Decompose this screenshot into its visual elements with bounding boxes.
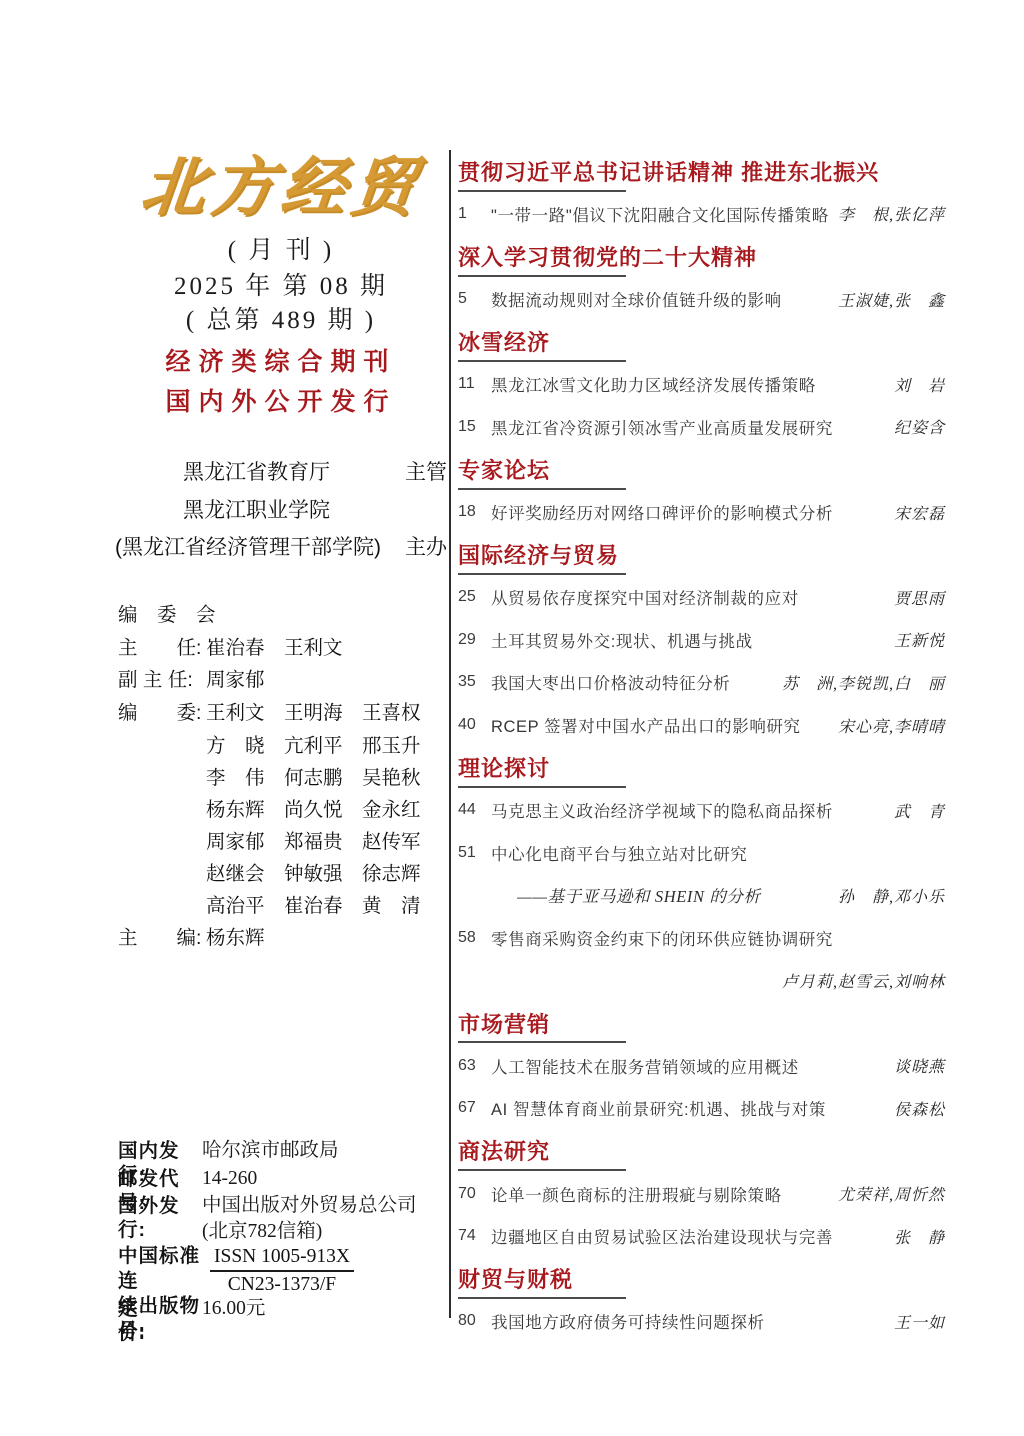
article-title: RCEP 签署对中国水产品出口的影响研究 [491, 713, 838, 737]
page-number: 1 [458, 205, 491, 223]
article-title: 论单一颜色商标的注册瑕疵与剔除策略 [491, 1182, 838, 1206]
article-subtitle: ——基于亚马逊和 SHEIN 的分析 [517, 883, 838, 907]
toc-article-row: 70 论单一颜色商标的注册瑕疵与剔除策略 尤荣祥,周忻然 [458, 1172, 945, 1215]
chief-label: 主 编: [118, 926, 206, 950]
article-title: 我国大枣出口价格波动特征分析 [491, 670, 782, 694]
pub-label [118, 1220, 202, 1244]
article-authors: 尤荣祥,周忻然 [838, 1182, 945, 1205]
toc-article-row: 40 RCEP 签署对中国水产品出口的影响研究 宋心亮,李晴晴 [458, 704, 945, 747]
deputy-names: 周家郁 [206, 668, 265, 692]
article-title: AI 智慧体育商业前景研究:机遇、挑战与对策 [491, 1096, 894, 1120]
article-title: 黑龙江冰雪文化助力区域经济发展传播策略 [491, 372, 894, 396]
page-number: 40 [458, 716, 491, 734]
article-title: 土耳其贸易外交:现状、机遇与挑战 [491, 628, 894, 652]
toc-article-row: 5 数据流动规则对全球价值链升级的影响 王淑婕,张 鑫 [458, 278, 945, 321]
tagline-1: 经济类综合期刊 [115, 347, 447, 377]
section-title: 财贸与财税 [458, 1263, 573, 1294]
page-number: 5 [458, 290, 491, 308]
organizer-row-1: 黑龙江职业学院 [115, 498, 447, 524]
toc-article-row: 80 我国地方政府债务可持续性问题探析 王一如 [458, 1300, 945, 1343]
journal-cover-page: 北方经贸 ( 月 刊 ) 2025 年 第 08 期 ( 总第 489 期 ) … [0, 0, 1024, 1436]
price-label: 定 价: [118, 1297, 202, 1345]
toc-article-row: 1 "一带一路"倡议下沈阳融合文化国际传播策略 李 根,张亿萍 [458, 193, 945, 236]
section-title: 商法研究 [458, 1135, 550, 1166]
page-number: 25 [458, 588, 491, 606]
toc-article-row: 18 好评奖励经历对网络口碑评价的影响模式分析 宋宏磊 [458, 491, 945, 534]
page-number: 58 [458, 929, 491, 947]
toc-article-row: 51 中心化电商平台与独立站对比研究 [458, 832, 945, 875]
member-names-row: 高治平 崔治春 黄 清 [206, 894, 421, 918]
page-number: 29 [458, 631, 491, 649]
section-underline [458, 488, 626, 490]
frequency-line: ( 月 刊 ) [115, 236, 447, 266]
article-authors: 武 青 [894, 799, 945, 822]
member-names-row: 李 伟 何志鹏 吴艳秋 [206, 766, 421, 790]
member-names-row: 杨东辉 尚久悦 金永红 [206, 798, 421, 822]
board-deputy-row: 副 主 任: 周家郁 [118, 668, 265, 692]
supervisor-name: 黑龙江省教育厅 [115, 460, 330, 486]
toc-section-header: 财贸与财税 [458, 1257, 945, 1300]
article-title: "一带一路"倡议下沈阳融合文化国际传播策略 [491, 202, 838, 226]
toc-article-row: 58 零售商采购资金约束下的闭环供应链协调研究 [458, 917, 945, 960]
toc-section-header: 国际经济与贸易 [458, 533, 945, 576]
board-chief-row: 主 编: 杨东辉 [118, 926, 265, 950]
board-members-row: 编 委: 王利文 王明海 王喜权 [118, 701, 421, 725]
pub-value: (北京782信箱) [202, 1220, 322, 1244]
supervisor-role: 主管 [405, 460, 447, 486]
table-of-contents: 贯彻习近平总书记讲话精神 推进东北振兴 1 "一带一路"倡议下沈阳融合文化国际传… [458, 150, 945, 1343]
director-label: 主 任: [118, 636, 206, 660]
article-title: 边疆地区自由贸易试验区法治建设现状与完善 [491, 1224, 894, 1248]
article-title: 人工智能技术在服务营销领域的应用概述 [491, 1054, 894, 1078]
page-number: 74 [458, 1227, 491, 1245]
section-underline [458, 786, 626, 788]
issn-number: ISSN 1005-913X [210, 1244, 354, 1272]
organizer-row-2: (黑龙江省经济管理干部学院) 主办 [115, 535, 447, 561]
column-divider [449, 150, 451, 1318]
toc-article-subtitle-row: ——基于亚马逊和 SHEIN 的分析 孙 静,邓小乐 [458, 874, 945, 917]
issn-label-line-1: 中国标准连 [118, 1244, 202, 1294]
page-number: 80 [458, 1312, 491, 1330]
toc-article-row: 44 马克思主义政治经济学视域下的隐私商品探析 武 青 [458, 789, 945, 832]
toc-section-header: 商法研究 [458, 1130, 945, 1173]
article-authors: 侯森松 [894, 1097, 945, 1120]
section-title: 专家论坛 [458, 454, 550, 485]
article-title: 我国地方政府债务可持续性问题探析 [491, 1309, 894, 1333]
toc-article-row: 74 边疆地区自由贸易试验区法治建设现状与完善 张 静 [458, 1215, 945, 1258]
article-authors: 刘 岩 [894, 373, 945, 396]
pub-row-pobox: (北京782信箱) [118, 1220, 322, 1244]
section-underline [458, 275, 626, 277]
issue-line: 2025 年 第 08 期 [115, 272, 447, 302]
supervisor-row: 黑龙江省教育厅 主管 [115, 460, 447, 486]
page-number: 15 [458, 418, 491, 436]
toc-section-header: 专家论坛 [458, 448, 945, 491]
toc-section-header: 理论探讨 [458, 746, 945, 789]
article-authors: 宋心亮,李晴晴 [838, 714, 945, 737]
toc-section-header: 冰雪经济 [458, 320, 945, 363]
article-title: 零售商采购资金约束下的闭环供应链协调研究 [491, 926, 945, 950]
section-title: 贯彻习近平总书记讲话精神 推进东北振兴 [458, 156, 879, 187]
member-names-row: 周家郁 郑福贵 赵传军 [206, 830, 421, 854]
article-authors: 王新悦 [894, 628, 945, 651]
article-authors: 王淑婕,张 鑫 [838, 288, 945, 311]
page-number: 67 [458, 1099, 491, 1117]
article-authors: 苏 洲,李锐凯,白 丽 [782, 671, 945, 694]
member-names-row: 赵继会 钟敏强 徐志辉 [206, 862, 421, 886]
section-underline [458, 360, 626, 362]
journal-logo: 北方经贸 [110, 142, 452, 234]
page-number: 51 [458, 844, 491, 862]
article-authors: 卢月莉,赵雪云,刘响林 [782, 969, 945, 992]
deputy-label: 副 主 任: [118, 668, 206, 692]
section-title: 冰雪经济 [458, 326, 550, 357]
tagline-2: 国内外公开发行 [115, 387, 447, 417]
organizer-role: 主办 [405, 535, 447, 561]
article-authors: 孙 静,邓小乐 [838, 884, 945, 907]
board-title: 编 委 会 [118, 603, 216, 627]
section-title: 理论探讨 [458, 752, 550, 783]
section-title: 深入学习贯彻党的二十大精神 [458, 241, 757, 272]
member-names-row: 王利文 王明海 王喜权 [206, 701, 421, 725]
article-title: 数据流动规则对全球价值链升级的影响 [491, 287, 838, 311]
page-number: 18 [458, 503, 491, 521]
toc-section-header: 深入学习贯彻党的二十大精神 [458, 235, 945, 278]
article-title: 从贸易依存度探究中国对经济制裁的应对 [491, 585, 894, 609]
article-title: 黑龙江省冷资源引领冰雪产业高质量发展研究 [491, 415, 894, 439]
section-underline [458, 190, 626, 192]
article-authors: 张 静 [894, 1225, 945, 1248]
toc-article-row: 29 土耳其贸易外交:现状、机遇与挑战 王新悦 [458, 619, 945, 662]
toc-article-row: 15 黑龙江省冷资源引领冰雪产业高质量发展研究 纪姿含 [458, 406, 945, 449]
chief-names: 杨东辉 [206, 926, 265, 950]
page-number: 70 [458, 1185, 491, 1203]
toc-section-header: 市场营销 [458, 1002, 945, 1045]
article-authors: 贾思雨 [894, 586, 945, 609]
article-title: 马克思主义政治经济学视域下的隐私商品探析 [491, 798, 894, 822]
toc-article-row: 11 黑龙江冰雪文化助力区域经济发展传播策略 刘 岩 [458, 363, 945, 406]
page-number: 11 [458, 375, 491, 393]
member-names-row: 方 晓 亢利平 邢玉升 [206, 734, 421, 758]
article-authors: 王一如 [894, 1310, 945, 1333]
article-authors: 纪姿含 [894, 415, 945, 438]
masthead-column: 北方经贸 ( 月 刊 ) 2025 年 第 08 期 ( 总第 489 期 ) … [115, 0, 447, 1436]
article-authors: 宋宏磊 [894, 501, 945, 524]
toc-article-row: 63 人工智能技术在服务营销领域的应用概述 谈晓燕 [458, 1044, 945, 1087]
board-title-row: 编 委 会 [118, 603, 216, 627]
page-number: 44 [458, 801, 491, 819]
pub-row-price: 定 价: 16.00元 [118, 1297, 265, 1345]
toc-article-authors-row: 卢月莉,赵雪云,刘响林 [458, 959, 945, 1002]
article-title: 中心化电商平台与独立站对比研究 [491, 841, 945, 865]
article-authors: 李 根,张亿萍 [838, 202, 945, 225]
organizer-name-2: (黑龙江省经济管理干部学院) [115, 535, 381, 561]
section-title: 市场营销 [458, 1008, 550, 1039]
section-title: 国际经济与贸易 [458, 539, 619, 570]
toc-article-row: 67 AI 智慧体育商业前景研究:机遇、挑战与对策 侯森松 [458, 1087, 945, 1130]
page-number: 63 [458, 1057, 491, 1075]
cn-number: CN23-1373/F [210, 1272, 354, 1297]
section-underline [458, 1041, 626, 1043]
issue-total-line: ( 总第 489 期 ) [115, 306, 447, 336]
director-names: 崔治春 王利文 [206, 636, 343, 660]
page-number: 35 [458, 673, 491, 691]
section-underline [458, 573, 626, 575]
section-underline [458, 1297, 626, 1299]
members-label: 编 委: [118, 701, 206, 725]
price-value: 16.00元 [202, 1297, 265, 1345]
article-authors: 谈晓燕 [894, 1054, 945, 1077]
toc-section-header: 贯彻习近平总书记讲话精神 推进东北振兴 [458, 150, 945, 193]
organizer-name-1: 黑龙江职业学院 [115, 498, 330, 524]
section-underline [458, 1169, 626, 1171]
toc-article-row: 25 从贸易依存度探究中国对经济制裁的应对 贾思雨 [458, 576, 945, 619]
board-director-row: 主 任: 崔治春 王利文 [118, 636, 343, 660]
article-title: 好评奖励经历对网络口碑评价的影响模式分析 [491, 500, 894, 524]
toc-article-row: 35 我国大枣出口价格波动特征分析 苏 洲,李锐凯,白 丽 [458, 661, 945, 704]
